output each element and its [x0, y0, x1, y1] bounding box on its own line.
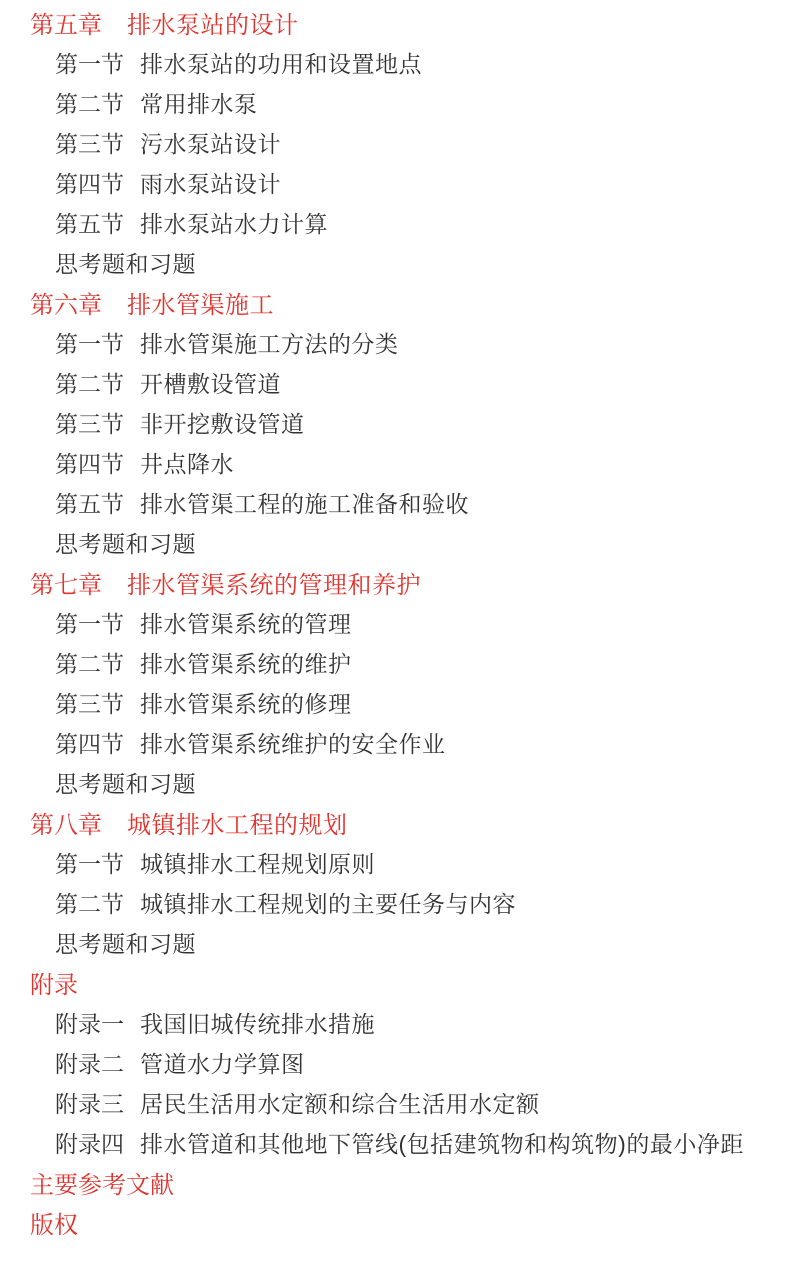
entry-label: 第五节 — [55, 206, 124, 239]
toc-entry[interactable]: 思考题和习题 — [0, 242, 790, 282]
toc-entry[interactable]: 第五节排水泵站水力计算 — [0, 202, 790, 242]
entry-title: 排水管道和其他地下管线(包括建筑物和构筑物)的最小净距 — [140, 1126, 744, 1159]
entry-label: 第五节 — [55, 486, 124, 519]
chapter-title: 排水管渠系统的管理和养护 — [127, 565, 421, 600]
entry-title: 思考题和习题 — [55, 926, 196, 959]
entry-title: 排水管渠系统的管理 — [140, 606, 352, 639]
chapter-label: 第五章 — [30, 5, 102, 40]
entry-title: 排水管渠系统的修理 — [140, 686, 352, 719]
entry-label: 附录四 — [55, 1126, 124, 1159]
entry-title: 雨水泵站设计 — [140, 166, 281, 199]
chapter-label: 第六章 — [30, 285, 102, 320]
entry-label: 附录一 — [55, 1006, 124, 1039]
entry-title: 我国旧城传统排水措施 — [140, 1006, 375, 1039]
table-of-contents: 第五章排水泵站的设计第一节排水泵站的功用和设置地点第二节常用排水泵第三节污水泵站… — [0, 0, 790, 1242]
toc-entry[interactable]: 附录四排水管道和其他地下管线(包括建筑物和构筑物)的最小净距 — [0, 1122, 790, 1162]
chapter-title: 排水管渠施工 — [127, 285, 274, 320]
toc-entry[interactable]: 第三节非开挖敷设管道 — [0, 402, 790, 442]
toc-entry[interactable]: 第四节井点降水 — [0, 442, 790, 482]
entry-title: 排水泵站水力计算 — [140, 206, 328, 239]
toc-entry[interactable]: 第四节雨水泵站设计 — [0, 162, 790, 202]
toc-entry[interactable]: 思考题和习题 — [0, 922, 790, 962]
toc-entry[interactable]: 第一节排水管渠施工方法的分类 — [0, 322, 790, 362]
toc-entry[interactable]: 第三节污水泵站设计 — [0, 122, 790, 162]
entry-label: 第四节 — [55, 166, 124, 199]
entry-title: 排水泵站的功用和设置地点 — [140, 46, 422, 79]
toc-entry[interactable]: 思考题和习题 — [0, 762, 790, 802]
toc-entry[interactable]: 第二节城镇排水工程规划的主要任务与内容 — [0, 882, 790, 922]
entry-title: 管道水力学算图 — [140, 1046, 305, 1079]
entry-label: 附录二 — [55, 1046, 124, 1079]
chapter-heading[interactable]: 第八章城镇排水工程的规划 — [0, 802, 790, 842]
entry-label: 第一节 — [55, 606, 124, 639]
entry-title: 排水管渠系统维护的安全作业 — [140, 726, 446, 759]
chapter-title: 城镇排水工程的规划 — [127, 805, 348, 840]
entry-label: 附录三 — [55, 1086, 124, 1119]
toc-entry[interactable]: 附录三居民生活用水定额和综合生活用水定额 — [0, 1082, 790, 1122]
entry-title: 思考题和习题 — [55, 766, 196, 799]
chapter-heading[interactable]: 第六章排水管渠施工 — [0, 282, 790, 322]
entry-title: 常用排水泵 — [140, 86, 258, 119]
entry-label: 第二节 — [55, 886, 124, 919]
chapter-heading[interactable]: 第五章排水泵站的设计 — [0, 2, 790, 42]
chapter-heading[interactable]: 附录 — [0, 962, 790, 1002]
entry-title: 居民生活用水定额和综合生活用水定额 — [140, 1086, 540, 1119]
chapter-label: 第八章 — [30, 805, 102, 840]
entry-label: 第二节 — [55, 646, 124, 679]
toc-entry[interactable]: 第一节排水管渠系统的管理 — [0, 602, 790, 642]
entry-title: 城镇排水工程规划原则 — [140, 846, 375, 879]
entry-label: 第三节 — [55, 126, 124, 159]
toc-entry[interactable]: 附录一我国旧城传统排水措施 — [0, 1002, 790, 1042]
entry-label: 第四节 — [55, 446, 124, 479]
chapter-heading[interactable]: 第七章排水管渠系统的管理和养护 — [0, 562, 790, 602]
entry-title: 思考题和习题 — [55, 526, 196, 559]
entry-title: 非开挖敷设管道 — [140, 406, 305, 439]
chapter-label: 附录 — [30, 965, 78, 1000]
chapter-heading[interactable]: 主要参考文献 — [0, 1162, 790, 1202]
toc-entry[interactable]: 附录二管道水力学算图 — [0, 1042, 790, 1082]
entry-label: 第四节 — [55, 726, 124, 759]
toc-entry[interactable]: 思考题和习题 — [0, 522, 790, 562]
entry-label: 第三节 — [55, 686, 124, 719]
toc-entry[interactable]: 第四节排水管渠系统维护的安全作业 — [0, 722, 790, 762]
entry-label: 第二节 — [55, 86, 124, 119]
toc-entry[interactable]: 第五节排水管渠工程的施工准备和验收 — [0, 482, 790, 522]
toc-entry[interactable]: 第三节排水管渠系统的修理 — [0, 682, 790, 722]
toc-entry[interactable]: 第二节排水管渠系统的维护 — [0, 642, 790, 682]
toc-entry[interactable]: 第一节排水泵站的功用和设置地点 — [0, 42, 790, 82]
entry-label: 第一节 — [55, 326, 124, 359]
chapter-label: 版权 — [30, 1205, 78, 1240]
entry-title: 污水泵站设计 — [140, 126, 281, 159]
toc-entry[interactable]: 第一节城镇排水工程规划原则 — [0, 842, 790, 882]
entry-title: 排水管渠工程的施工准备和验收 — [140, 486, 469, 519]
entry-title: 开槽敷设管道 — [140, 366, 281, 399]
entry-title: 城镇排水工程规划的主要任务与内容 — [140, 886, 516, 919]
toc-entry[interactable]: 第二节开槽敷设管道 — [0, 362, 790, 402]
chapter-label: 主要参考文献 — [30, 1165, 174, 1200]
entry-title: 井点降水 — [140, 446, 234, 479]
entry-title: 思考题和习题 — [55, 246, 196, 279]
entry-title: 排水管渠施工方法的分类 — [140, 326, 399, 359]
entry-title: 排水管渠系统的维护 — [140, 646, 352, 679]
entry-label: 第一节 — [55, 46, 124, 79]
entry-label: 第二节 — [55, 366, 124, 399]
entry-label: 第一节 — [55, 846, 124, 879]
chapter-heading[interactable]: 版权 — [0, 1202, 790, 1242]
toc-entry[interactable]: 第二节常用排水泵 — [0, 82, 790, 122]
chapter-title: 排水泵站的设计 — [127, 5, 299, 40]
chapter-label: 第七章 — [30, 565, 102, 600]
entry-label: 第三节 — [55, 406, 124, 439]
